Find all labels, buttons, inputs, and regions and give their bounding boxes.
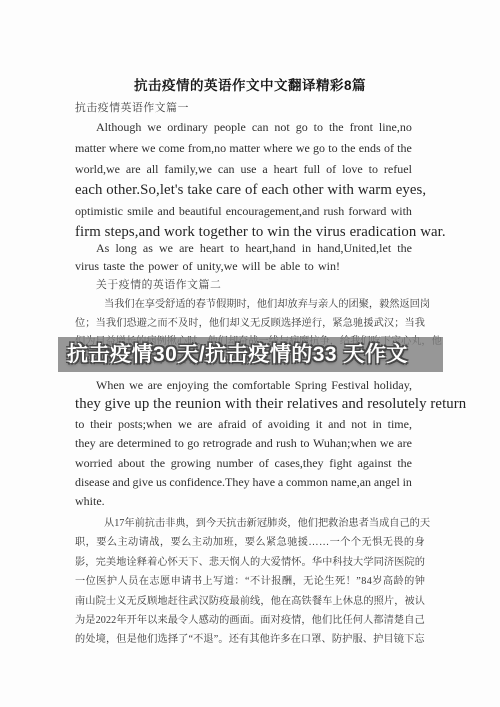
paragraph-english-2: Aslongaswearehearttoheart,handinhand,Uni…: [75, 240, 412, 275]
essay-line: WhenweareenjoyingthecomfortableSpringFes…: [75, 376, 412, 395]
paragraph-english-1: Althoughweordinarypeoplecannotgotothefro…: [75, 117, 412, 243]
section1-heading: 抗击疫情英语作文篇一: [75, 100, 189, 115]
paragraph-chinese-2: 从17年前抗击非典，到今天抗击新冠肺炎，他们把救治患者当成自己的天 职，要么主动…: [75, 514, 425, 650]
essay-line: 为是2022年开年以来最令人感动的画面。面对疫情，他们比任何人都清楚自己: [75, 611, 425, 630]
essay-line: 南山院士义无反顾地赶往武汉防疫最前线，他在高铁餐车上休息的照片，被认: [75, 592, 425, 611]
essay-line: 一位医护人员在志愿申请书上写道：“不计报酬，无论生死！”84岁高龄的钟: [75, 572, 425, 591]
page-title: 抗击疫情的英语作文中文翻译精彩8篇: [0, 74, 500, 94]
essay-line: white.: [75, 492, 412, 511]
essay-line: Aslongaswearehearttoheart,handinhand,Uni…: [75, 240, 412, 258]
paragraph-english-3: WhenweareenjoyingthecomfortableSpringFes…: [75, 376, 412, 512]
document-page: 抗击疫情的英语作文中文翻译精彩8篇 抗击疫情英语作文篇一 Althoughweo…: [0, 0, 500, 707]
essay-line: theyaredeterminedtogoretrogradeandrushto…: [75, 434, 412, 453]
essay-line: worriedaboutthegrowingnumberofcases,they…: [75, 454, 412, 473]
essay-line: virustastethepowerofunity,wewillbeableto…: [75, 258, 412, 276]
essay-line: 位；当我们恐避之而不及时，他们却义无反顾选择逆行，紧急驰援武汉；当我: [75, 315, 425, 334]
essay-line: 影，完美地诠释着心怀天下、悲天悯人的大爱情怀。华中科技大学同济医院的: [75, 553, 425, 572]
essay-line: diseaseandgiveusconfidence.Theyhaveacomm…: [75, 473, 412, 492]
section2-heading: 关于疫情的英语作文篇二: [96, 277, 221, 292]
essay-line: world,weareallfamily,wecanuseaheartfullo…: [75, 159, 412, 180]
essay-line: Althoughweordinarypeoplecannotgotothefro…: [75, 117, 412, 138]
essay-line: 职，要么主动请战，要么主动加班，要么紧急驰援……一个个无惧无畏的身: [75, 533, 425, 552]
essay-line: optimisticsmileandbeautifulencouragement…: [75, 201, 412, 222]
essay-line: each other.So,let's take care of each ot…: [75, 180, 412, 201]
essay-line: matterwherewecomefrom,nomatterwherewegot…: [75, 138, 412, 159]
essay-line: they give up the reunion with their rela…: [75, 395, 412, 414]
essay-line: 的处境，但是他们选择了“不退”。还有其他许多在口罩、防护服、护目镜下忘: [75, 630, 425, 649]
essay-line: 当我们在享受舒适的春节假期时，他们却放弃与亲人的团聚，毅然返回岗: [75, 296, 425, 315]
essay-line: 从17年前抗击非典，到今天抗击新冠肺炎，他们把救治患者当成自己的天: [75, 514, 425, 533]
essay-line: totheirposts;whenweareafraidofavoidingit…: [75, 415, 412, 434]
overlay-banner: 抗击疫情30天/抗击疫情的33 天作文: [58, 337, 443, 372]
overlay-banner-title: 抗击疫情30天/抗击疫情的33 天作文: [67, 337, 408, 372]
